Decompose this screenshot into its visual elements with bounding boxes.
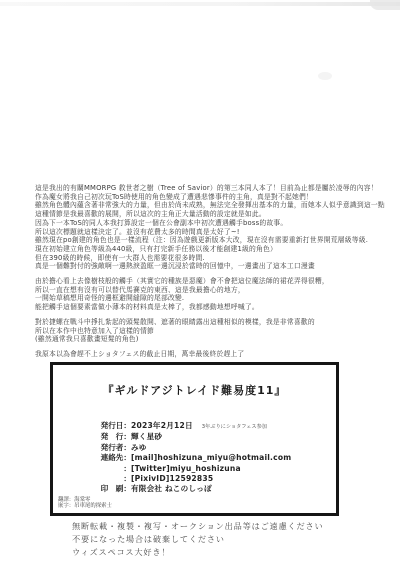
translation-credits: 翻譯：海棠零 嵌字：吊車尾的探索士 — [58, 497, 112, 510]
colophon-label: ： — [93, 464, 131, 474]
afterword-line: 這是我出的有關MMORPG 救世者之樹（Tree of Savior）的第三本同… — [35, 184, 385, 193]
colophon-value: みゆ — [131, 443, 147, 452]
colophon-label: ： — [93, 474, 131, 484]
afterword-line: 真是一個難對付的強敵啊一邊熱淚盈眶一邊沉浸於當時的回憶中，一邊畫出了這本工口漫畫 — [35, 262, 385, 271]
colophon-value: [mail]hoshizuna_miyu@hotmail.com — [131, 453, 291, 462]
afterword-paragraph-2: 由於擔心看上去像樹枝般的觸手（其實它的種族是惡魔）會不會把這位魔法師的裙花弄得很… — [35, 277, 385, 312]
afterword-paragraph-4: 我原本以為會趕不上ショタフェス的截止日期，萬幸最後終於趕上了 — [35, 350, 385, 359]
afterword-line: 作為魔女將我自己初次玩ToS時使用的角色變成了遭遇悲慘事件的主角，真是對不起她們… — [35, 193, 385, 202]
colophon-row-printer: 印 刷：有限会社 ねこのしっぽ — [93, 484, 291, 494]
afterword-line: 但在390級的時候，即使有一大群人也需要花很多時間. — [35, 254, 385, 263]
afterword-line: (雖然通常我只喜歡畫短髮的角色) — [35, 335, 385, 344]
colophon-box: 『ギルドアジトレイド難易度11』 発行日：2023年2月12日3年ぶりにショタフ… — [50, 362, 339, 516]
credit-line-typesetter: 嵌字：吊車尾的探索士 — [58, 503, 112, 510]
disclaimer-line: 無断転載・複製・複写・オークション出品等はご遠慮ください — [72, 520, 324, 533]
afterword-paragraph-3: 對於捷螺在戰斗中掙扎紮起的頭髮散開、遮著的眼睛露出這種相似的模樣，我是非常喜歡的… — [35, 318, 385, 344]
afterword-text-block: 這是我出的有關MMORPG 救世者之樹（Tree of Savior）的第三本同… — [35, 184, 385, 365]
afterword-line: 因為下一本ToS的同人本我打算設定一個在公會副本中初次遭遇觸手boss的故事。 — [35, 219, 385, 228]
colophon-row-contact-twitter: ：[Twitter]miyu_hoshizuna — [93, 464, 291, 474]
colophon-row-contact-pixiv: ：[PixivID]12592835 — [93, 474, 291, 484]
colophon-label: 発行日： — [93, 421, 131, 431]
afterword-line: 所以這次標題就這樣決定了。並沒有花費太多的時間真是太好了~! — [35, 228, 385, 237]
afterword-line: 所以一直在想有沒有可以替代馬賽克的東西、這是我最擔心的地方， — [35, 286, 385, 295]
colophon-label: 発行者： — [93, 443, 131, 453]
colophon-value: 2023年2月12日 — [131, 421, 193, 430]
colophon-row-publisher: 発行者：みゆ — [93, 443, 291, 453]
colophon-label: 印 刷： — [93, 484, 131, 494]
colophon-row-circle: 発 行：輝く星砂 — [93, 432, 291, 442]
scanned-page: 這是我出的有關MMORPG 救世者之樹（Tree of Savior）的第三本同… — [0, 0, 400, 575]
afterword-line: 所以在本作中也特意加入了這樣的情節 — [35, 327, 385, 336]
afterword-line: 這種情節是我最喜歡的展開，所以這次的主角正大量活動的設定就是如此。 — [35, 210, 385, 219]
afterword-paragraph-1: 這是我出的有關MMORPG 救世者之樹（Tree of Savior）的第三本同… — [35, 184, 385, 271]
afterword-line: 由於擔心看上去像樹枝般的觸手（其實它的種族是惡魔）會不會把這位魔法師的裙花弄得很… — [35, 277, 385, 286]
afterword-line: 我原本以為會趕不上ショタフェス的截止日期，萬幸最後終於趕上了 — [35, 350, 385, 359]
afterword-line: 現在初始建立角色等級為440級，只有打完新手任務以後才能創建1級的角色） — [35, 245, 385, 254]
scan-artifact-corner — [370, 0, 400, 10]
scan-artifact-smudge — [318, 72, 332, 80]
colophon-note: 3年ぶりにショタフェス参加 — [202, 424, 267, 430]
colophon-row-publish-date: 発行日：2023年2月12日3年ぶりにショタフェス参加 — [93, 421, 291, 432]
colophon-row-contact-mail: 連絡先：[mail]hoshizuna_miyu@hotmail.com — [93, 453, 291, 463]
colophon-rows: 発行日：2023年2月12日3年ぶりにショタフェス参加 発 行：輝く星砂 発行者… — [93, 421, 291, 495]
scan-artifact-top-line — [0, 2, 400, 6]
colophon-value: [Twitter]miyu_hoshizuna — [131, 464, 241, 473]
disclaimer-line: 不要になった場合は破棄してください — [72, 533, 324, 546]
disclaimer-line: ウィズスペコス大好き！ — [72, 546, 324, 559]
afterword-line: 一開始草稿想用奇怪的邊框避開縫隙的尾部改變. — [35, 294, 385, 303]
colophon-label: 発 行： — [93, 432, 131, 442]
colophon-value: 輝く星砂 — [131, 432, 162, 441]
afterword-line: 對於捷螺在戰斗中掙扎紮起的頭髮散開、遮著的眼睛露出這種相似的模樣，我是非常喜歡的 — [35, 318, 385, 327]
disclaimer-block: 無断転載・複製・複写・オークション出品等はご遠慮ください 不要になった場合は破棄… — [72, 520, 324, 560]
colophon-value: [PixivID]12592835 — [131, 474, 213, 483]
afterword-line: 能把觸手這個要素當做小薄本的材料真是太棒了，我都感動地想呼喊了。 — [35, 303, 385, 312]
colophon-label: 連絡先： — [93, 453, 131, 463]
afterword-line: 雖然角色體內蘊含著非常強大的力量，但由於尚未成熟，無法完全發揮出基本的力量，而她… — [35, 201, 385, 210]
colophon-value: 有限会社 ねこのしっぽ — [131, 484, 212, 493]
afterword-line: 雖然現在po創建的角色也是一樣流程（注：因為遊戲更新版本大改，現在沒有需要重新打… — [35, 236, 385, 245]
book-title: 『ギルドアジトレイド難易度11』 — [53, 382, 336, 398]
